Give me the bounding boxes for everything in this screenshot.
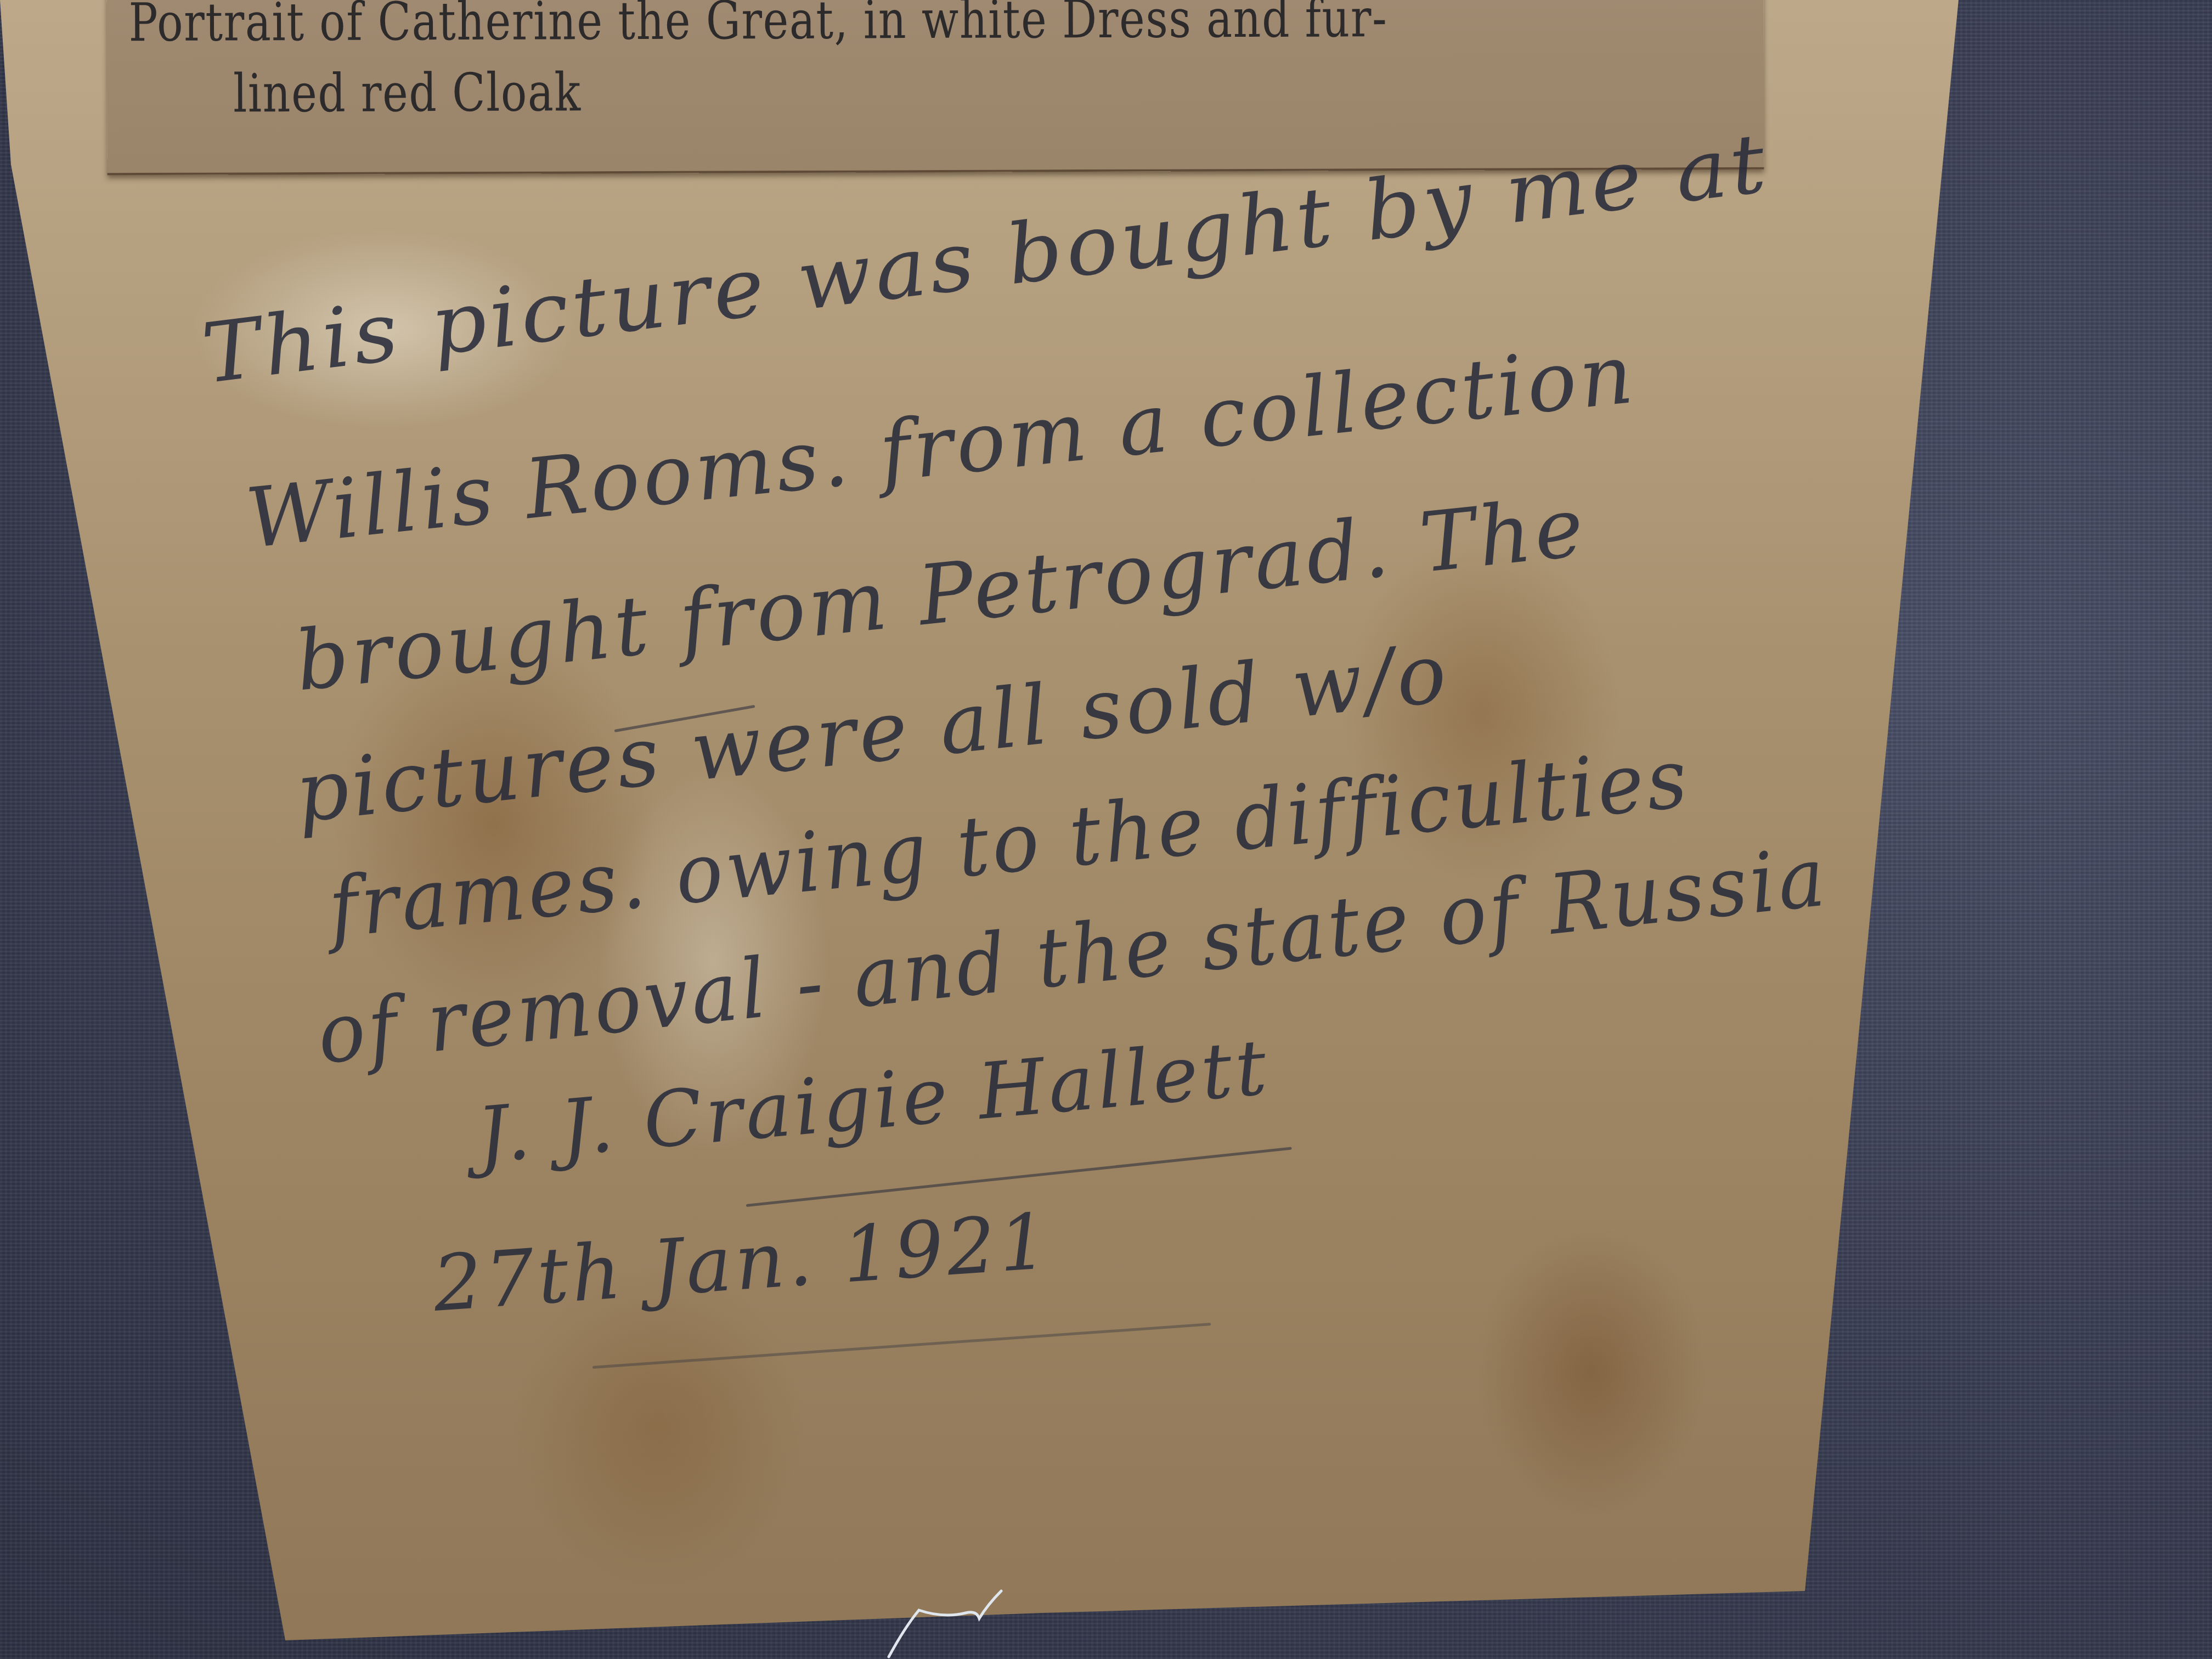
printed-label-line-2: lined red Cloak: [233, 61, 582, 124]
loose-thread-icon: [883, 1588, 1048, 1659]
printed-label-line-1: Portrait of Catherine the Great, in whit…: [128, 0, 1387, 53]
